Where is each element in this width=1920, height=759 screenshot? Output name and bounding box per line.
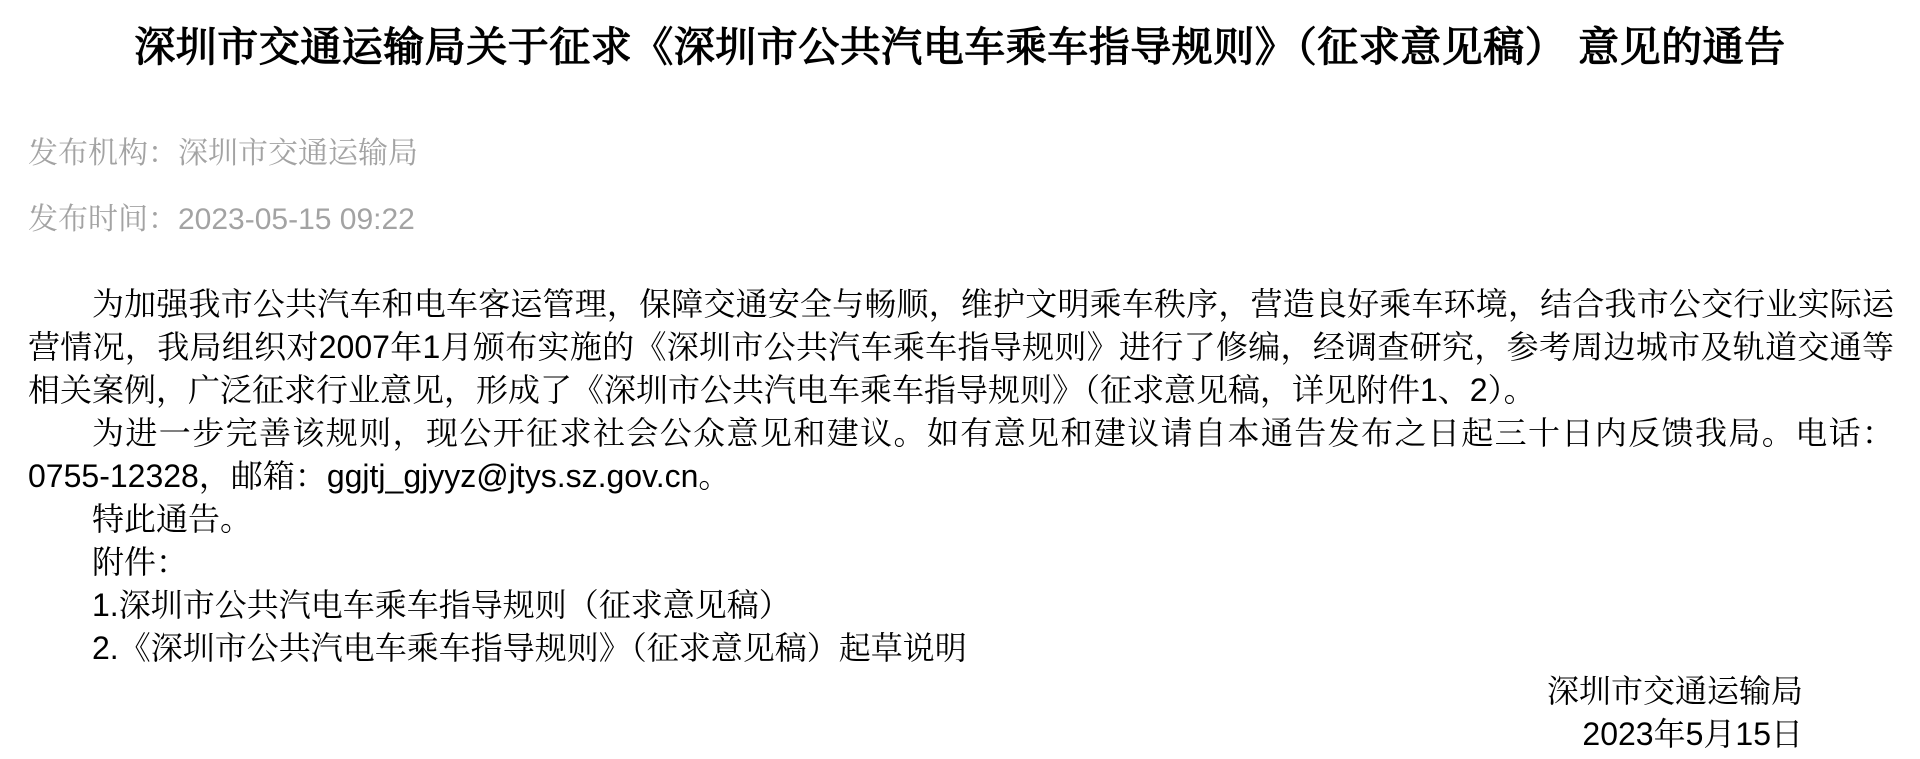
page-title: 深圳市交通运输局关于征求《深圳市公共汽电车乘车指导规则》（征求意见稿） 意见的通… bbox=[0, 0, 1920, 71]
publish-time-label: 发布时间： bbox=[28, 203, 178, 236]
publish-time-value: 2023-05-15 09:22 bbox=[178, 203, 415, 236]
notice-page: 深圳市交通运输局关于征求《深圳市公共汽电车乘车指导规则》（征求意见稿） 意见的通… bbox=[0, 0, 1920, 759]
publish-agency-label: 发布机构： bbox=[28, 137, 178, 170]
paragraph-background: 为加强我市公共汽车和电车客运管理，保障交通安全与畅顺，维护文明乘车秩序，营造良好… bbox=[28, 283, 1894, 412]
closing-line: 特此通告。 bbox=[28, 498, 1894, 541]
attachment-item-2: 2.《深圳市公共汽电车乘车指导规则》（征求意见稿）起草说明 bbox=[28, 627, 1894, 670]
publish-time-line: 发布时间：2023-05-15 09:22 bbox=[28, 203, 1920, 237]
signature-date: 2023年5月15日 bbox=[28, 713, 1803, 756]
notice-body: 为加强我市公共汽车和电车客运管理，保障交通安全与畅顺，维护文明乘车秩序，营造良好… bbox=[28, 283, 1894, 756]
signature-agency: 深圳市交通运输局 bbox=[28, 670, 1803, 713]
publish-agency-line: 发布机构：深圳市交通运输局 bbox=[28, 137, 1920, 171]
publish-agency-value: 深圳市交通运输局 bbox=[178, 137, 418, 170]
attachment-item-1: 1.深圳市公共汽电车乘车指导规则（征求意见稿） bbox=[28, 584, 1894, 627]
paragraph-solicitation: 为进一步完善该规则，现公开征求社会公众意见和建议。如有意见和建议请自本通告发布之… bbox=[28, 412, 1894, 498]
signature-block: 深圳市交通运输局 2023年5月15日 bbox=[28, 670, 1894, 756]
attachments-label: 附件： bbox=[28, 541, 1894, 584]
